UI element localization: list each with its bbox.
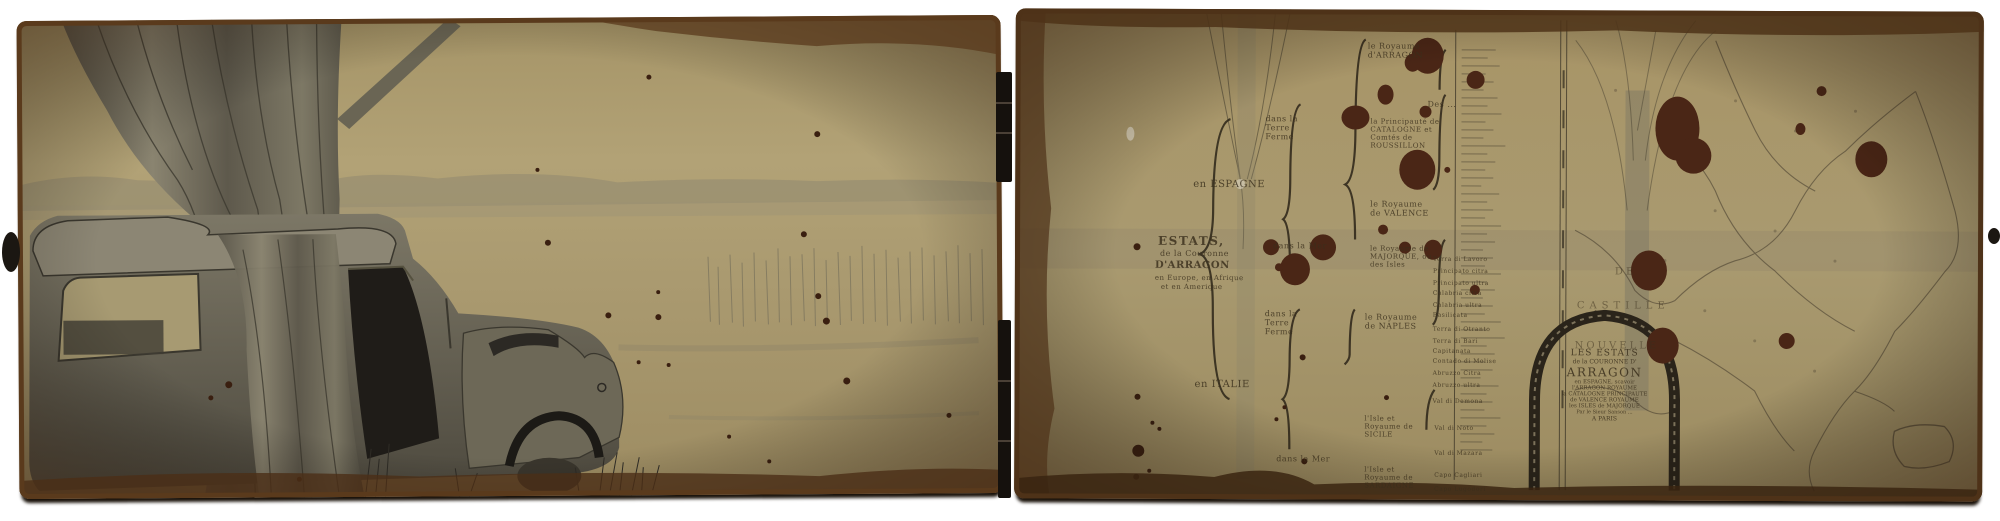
province-14: Val di Noto (1434, 425, 1473, 432)
label-valence: le Royaume de VALENCE (1370, 200, 1430, 218)
map-region-de: DE (1615, 266, 1636, 277)
label-terre-ferme-2: dans la Terre Ferme (1265, 309, 1313, 336)
label-catalogne: la Principauté de CATALOGNE et Comtés de… (1370, 118, 1440, 150)
province-1: Terra di Lavoro (1433, 256, 1488, 263)
cartouche-line-3: ARRAGON (1543, 365, 1667, 379)
map-title-europe: en Europe, en Afrique (1155, 274, 1244, 282)
province-17: Capo Lugodori (1434, 486, 1486, 493)
map-title-couronne: de la Couronne (1160, 249, 1229, 258)
label-italie: en ITALIE (1195, 379, 1250, 390)
map-title-amerique: et en Amerique (1161, 283, 1223, 291)
map-region-castille: CASTILLE (1577, 300, 1670, 311)
label-majorque: le Royaume de MAJORQUE, ou des Isles (1370, 245, 1432, 269)
cartouche-line-10: A PARIS (1542, 415, 1666, 422)
label-mer-2: dans la Mer (1276, 454, 1330, 463)
left-panel-drawing (17, 15, 1004, 499)
province-11: Abruzzo Citra (1433, 370, 1482, 377)
hinge-top (996, 72, 1012, 182)
province-5: Calabria ultra (1433, 302, 1482, 309)
province-9: Capitanata (1433, 348, 1471, 355)
province-16: Capo Cagliari (1434, 472, 1482, 479)
province-6: Basilicata (1433, 312, 1468, 319)
knob-left (2, 232, 20, 272)
province-13: Val di Demona (1432, 398, 1482, 405)
label-mer-1: dans la Mer (1273, 241, 1327, 250)
province-12: Abruzzo ultra (1433, 382, 1481, 389)
knob-right (1988, 228, 2000, 244)
cartouche-line-1: LES ESTATS (1543, 348, 1667, 358)
province-8: Terra di Bari (1433, 338, 1478, 345)
province-15: Val di Mazara (1434, 450, 1482, 457)
label-aragon: le Royaume d'ARRAGON (1368, 42, 1430, 60)
car-tree-drawing (17, 15, 1004, 499)
diptych-scene: ESTATS, de la Couronne D'ARRAGON en Euro… (0, 0, 2000, 521)
hinge-bottom (998, 320, 1011, 498)
right-panel-map: ESTATS, de la Couronne D'ARRAGON en Euro… (1014, 8, 1984, 501)
label-sicile: l'Isle et Royaume de SICILE (1364, 415, 1426, 439)
province-4: Calabria citra (1433, 290, 1482, 297)
cartouche: LES ESTATS de la COURONNE D' ARRAGON en … (1542, 348, 1666, 422)
label-terre-ferme-1: dans la Terre Ferme (1265, 114, 1313, 141)
map-title-arragon: D'ARRAGON (1155, 260, 1230, 271)
label-des: Des ... (1428, 100, 1457, 109)
label-naples: le Royaume de NAPLES (1365, 313, 1427, 331)
map-title-estats: ESTATS, (1158, 234, 1225, 248)
label-sardaigne: l'Isle et Royaume de SARDAIGNE (1364, 466, 1426, 490)
province-10: Contado di Molise (1433, 358, 1497, 365)
label-espagne: en ESPAGNE (1193, 179, 1265, 190)
province-2: Principato citra (1433, 268, 1488, 275)
province-7: Terra di Otranto (1433, 326, 1491, 333)
province-3: Principato ultra (1433, 280, 1489, 287)
